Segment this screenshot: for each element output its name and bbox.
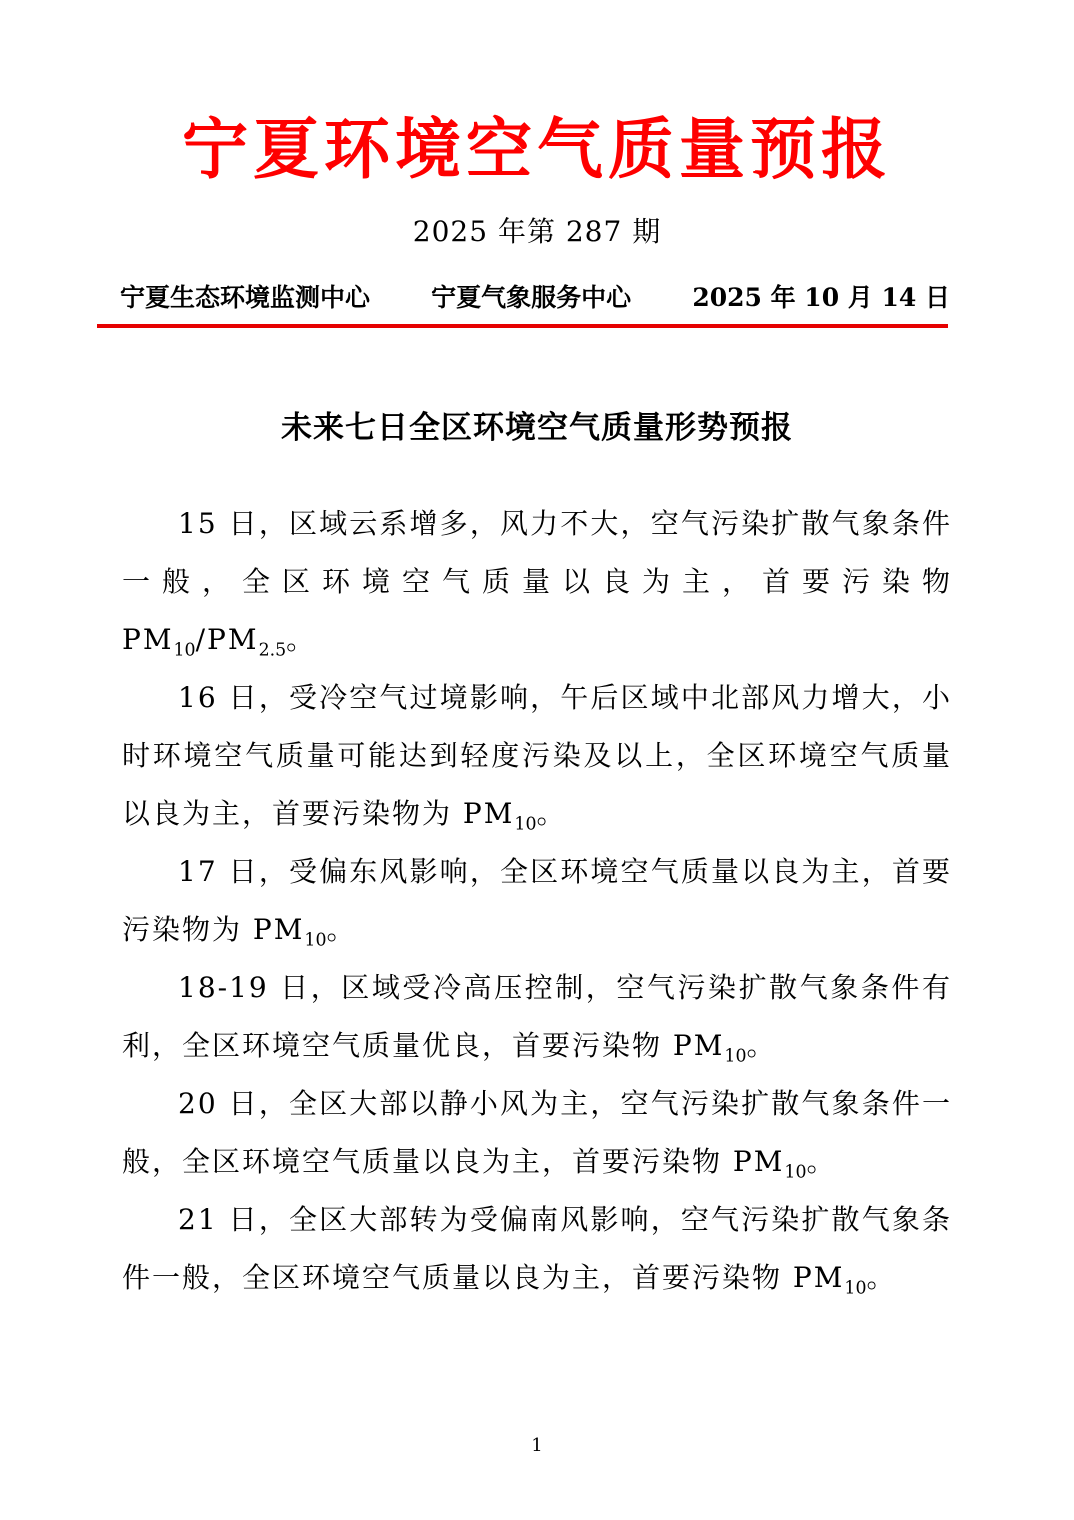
masthead-divider <box>97 324 948 328</box>
masthead: 宁夏生态环境监测中心 宁夏气象服务中心 2025 年 10 月 14 日 <box>120 278 950 314</box>
forecast-paragraph-day16: 16 日，受冷空气过境影响，午后区域中北部风力增大，小时环境空气质量可能达到轻度… <box>122 669 952 843</box>
section-title: 未来七日全区环境空气质量形势预报 <box>0 402 1074 447</box>
forecast-paragraph-day21: 21 日，全区大部转为受偏南风影响，空气污染扩散气象条件一般，全区环境空气质量以… <box>122 1191 952 1307</box>
monitoring-center-name: 宁夏生态环境监测中心 <box>120 278 370 314</box>
forecast-body: 15 日，区域云系增多，风力不大，空气污染扩散气象条件一般，全区环境空气质量以良… <box>122 495 952 1307</box>
meteorological-center-name: 宁夏气象服务中心 <box>431 278 631 314</box>
issue-number: 2025 年第 287 期 <box>0 210 1074 250</box>
forecast-paragraph-day17: 17 日，受偏东风影响，全区环境空气质量以良为主，首要污染物为 PM10。 <box>122 843 952 959</box>
publication-date: 2025 年 10 月 14 日 <box>692 278 950 314</box>
forecast-paragraph-day15: 15 日，区域云系增多，风力不大，空气污染扩散气象条件一般，全区环境空气质量以良… <box>122 495 952 669</box>
document-title: 宁夏环境空气质量预报 <box>0 0 1074 188</box>
document-page: 宁夏环境空气质量预报 2025 年第 287 期 宁夏生态环境监测中心 宁夏气象… <box>0 0 1074 1520</box>
page-number: 1 <box>0 1435 1074 1456</box>
forecast-paragraph-day20: 20 日，全区大部以静小风为主，空气污染扩散气象条件一般，全区环境空气质量以良为… <box>122 1075 952 1191</box>
forecast-paragraph-day18-19: 18-19 日，区域受冷高压控制，空气污染扩散气象条件有利，全区环境空气质量优良… <box>122 959 952 1075</box>
